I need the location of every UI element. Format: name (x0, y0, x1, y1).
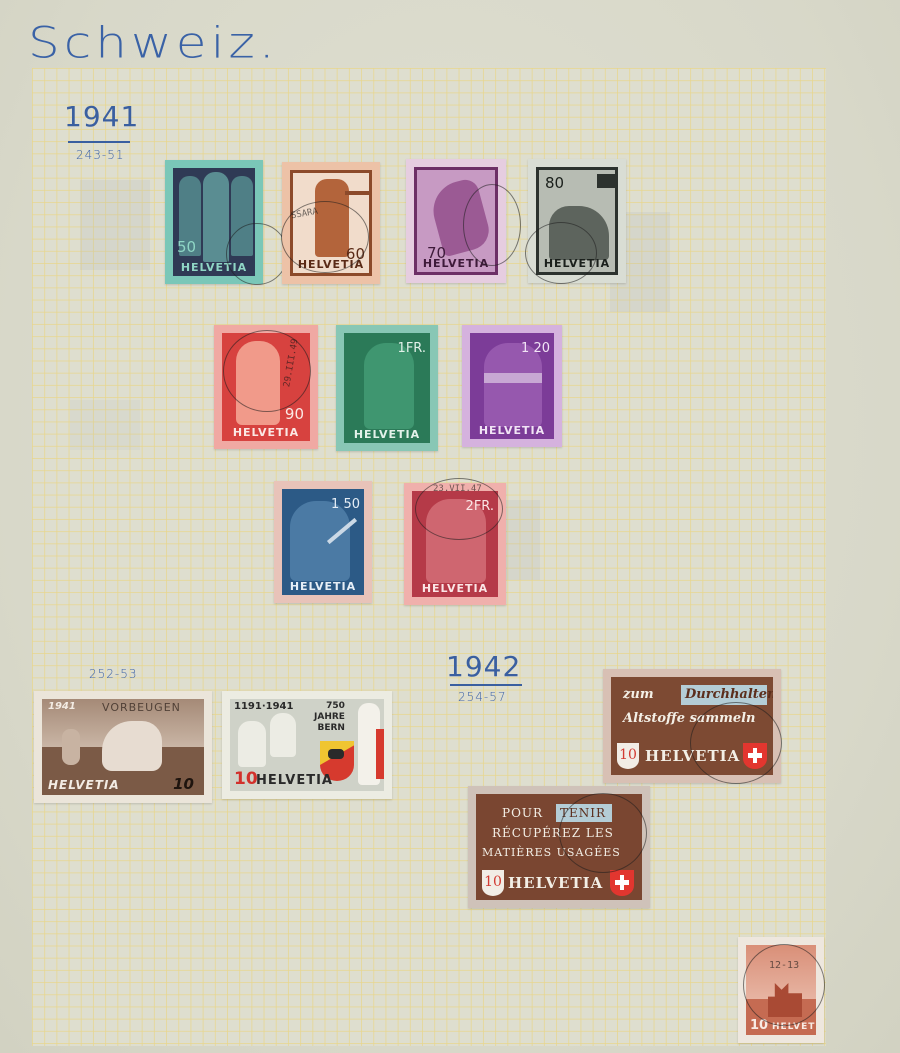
swiss-cross-icon (610, 870, 634, 896)
stamp-chillon-castle[interactable]: 10 HELVETIA 12-13 (738, 937, 824, 1043)
stamp-1-50fr[interactable]: 1 50 HELVETIA (274, 481, 372, 603)
show-through-mark (80, 180, 150, 270)
soldier-figure (549, 206, 609, 260)
crossbow (345, 191, 371, 195)
heading-underline (450, 684, 522, 686)
catalogue-range: 254-57 (458, 690, 507, 704)
jubilee-line: BERN (314, 723, 345, 734)
denomination: 2FR. (466, 499, 494, 514)
stamp-text-highlight: TENIR (560, 806, 606, 820)
portrait-figure (290, 501, 350, 581)
denomination: 1 20 (521, 341, 550, 356)
jubilee-line: 750 (314, 701, 345, 712)
country-name: HELVETIA (293, 258, 369, 271)
horse-figure (102, 721, 162, 771)
year-heading-1941: 1941 (64, 100, 139, 133)
country-name: HELVETIA (173, 261, 255, 274)
crossbowman-figure (315, 179, 349, 257)
stamp-year-text: 1941 (48, 701, 76, 712)
denomination: 90 (285, 405, 304, 423)
stamp-80c[interactable]: 80 HELVETIA (528, 159, 626, 283)
country-name: HELVETIA (412, 582, 498, 595)
country-name: HELVETIA (344, 428, 430, 441)
postmark-text: 12-13 (769, 960, 799, 971)
denomination-shield: 10 (617, 743, 639, 769)
country-name: HELVETIA (48, 778, 120, 792)
mason-figure (238, 721, 266, 767)
ploughman-figure (62, 729, 80, 765)
flag (597, 174, 618, 188)
statue-figure (231, 176, 253, 256)
mason-figure (270, 713, 296, 757)
knight-shield (376, 729, 384, 779)
stamp-1-20fr[interactable]: 1 20 HELVETIA (462, 325, 562, 447)
jubilee-text: 750 JAHRE BERN (314, 701, 345, 734)
stamp-text-line3: MATIÈRES USAGÉES (482, 846, 621, 859)
country-name: HELVETIA (282, 580, 364, 593)
denomination-shield: 10 (482, 870, 504, 896)
catalogue-range: 243-51 (76, 148, 125, 162)
denomination: 50 (177, 238, 196, 256)
stamp-text-highlight: Durchhalten (685, 687, 773, 702)
stamp-50c[interactable]: 50 HELVETIA (165, 160, 263, 284)
stamp-pour-tenir[interactable]: POUR TENIR RÉCUPÉREZ LES MATIÈRES USAGÉE… (468, 786, 650, 908)
stamp-1fr[interactable]: 1FR. HELVETIA (336, 325, 438, 451)
country-name: HELVETIA (772, 1022, 816, 1032)
lace-collar (484, 373, 542, 383)
country-name: HELVETIA (222, 426, 310, 439)
denomination: 10 (750, 1018, 768, 1033)
country-name: HELVETIA (508, 874, 603, 892)
stamp-text-line2: Altstoffe sammeln (623, 711, 756, 726)
stamp-plough-1941[interactable]: 1941 VORBEUGEN 10 HELVETIA (34, 691, 212, 803)
stamp-text-line2: RÉCUPÉREZ LES (492, 826, 614, 840)
stamp-zum-durchhalten[interactable]: zum Durchhalten Altstoffe sammeln 10 HEL… (603, 669, 781, 783)
slogan-postmark: VORBEUGEN (102, 701, 181, 714)
stamp-text-prefix: zum (623, 687, 654, 702)
album-page: Schweiz. 1941 243-51 252-53 1942 254-57 … (0, 0, 900, 1053)
denomination: 10 (234, 769, 258, 789)
denomination: 80 (545, 174, 564, 192)
denomination: 1FR. (398, 341, 426, 356)
postmark-text: 23.VII.47 (433, 484, 482, 494)
country-name: HELVETIA (645, 747, 740, 765)
statue-figure (203, 172, 229, 262)
anniversary-dates: 1191·1941 (234, 701, 293, 712)
stamp-70c[interactable]: 70 HELVETIA (406, 159, 506, 283)
denomination: 10 (173, 775, 194, 793)
show-through-mark (70, 400, 140, 450)
standard-bearer-figure (236, 341, 280, 425)
heading-underline (68, 141, 130, 143)
country-name: HELVETIA (256, 773, 333, 788)
country-name: HELVETIA (539, 257, 615, 270)
page-title: Schweiz. (28, 18, 279, 68)
catalogue-range: 252-53 (89, 667, 138, 681)
year-heading-1942: 1942 (446, 650, 521, 683)
stamp-90c[interactable]: 90 HELVETIA 29.III.49 (214, 325, 318, 449)
stamp-text-prefix: POUR (502, 806, 543, 820)
stamp-2fr[interactable]: 2FR. HELVETIA 23.VII.47 (404, 483, 506, 605)
country-name: HELVETIA (470, 424, 554, 437)
stamp-60c[interactable]: 60 HELVETIA SSARA (282, 162, 380, 284)
denomination: 1 50 (331, 497, 360, 512)
bear-icon (328, 749, 344, 759)
jubilee-line: JAHRE (314, 712, 345, 723)
stamp-750-jahre-bern[interactable]: 1191·1941 750 JAHRE BERN 10 HELVETIA (222, 691, 392, 799)
country-name: HELVETIA (417, 257, 495, 270)
swiss-cross-icon (743, 743, 767, 769)
